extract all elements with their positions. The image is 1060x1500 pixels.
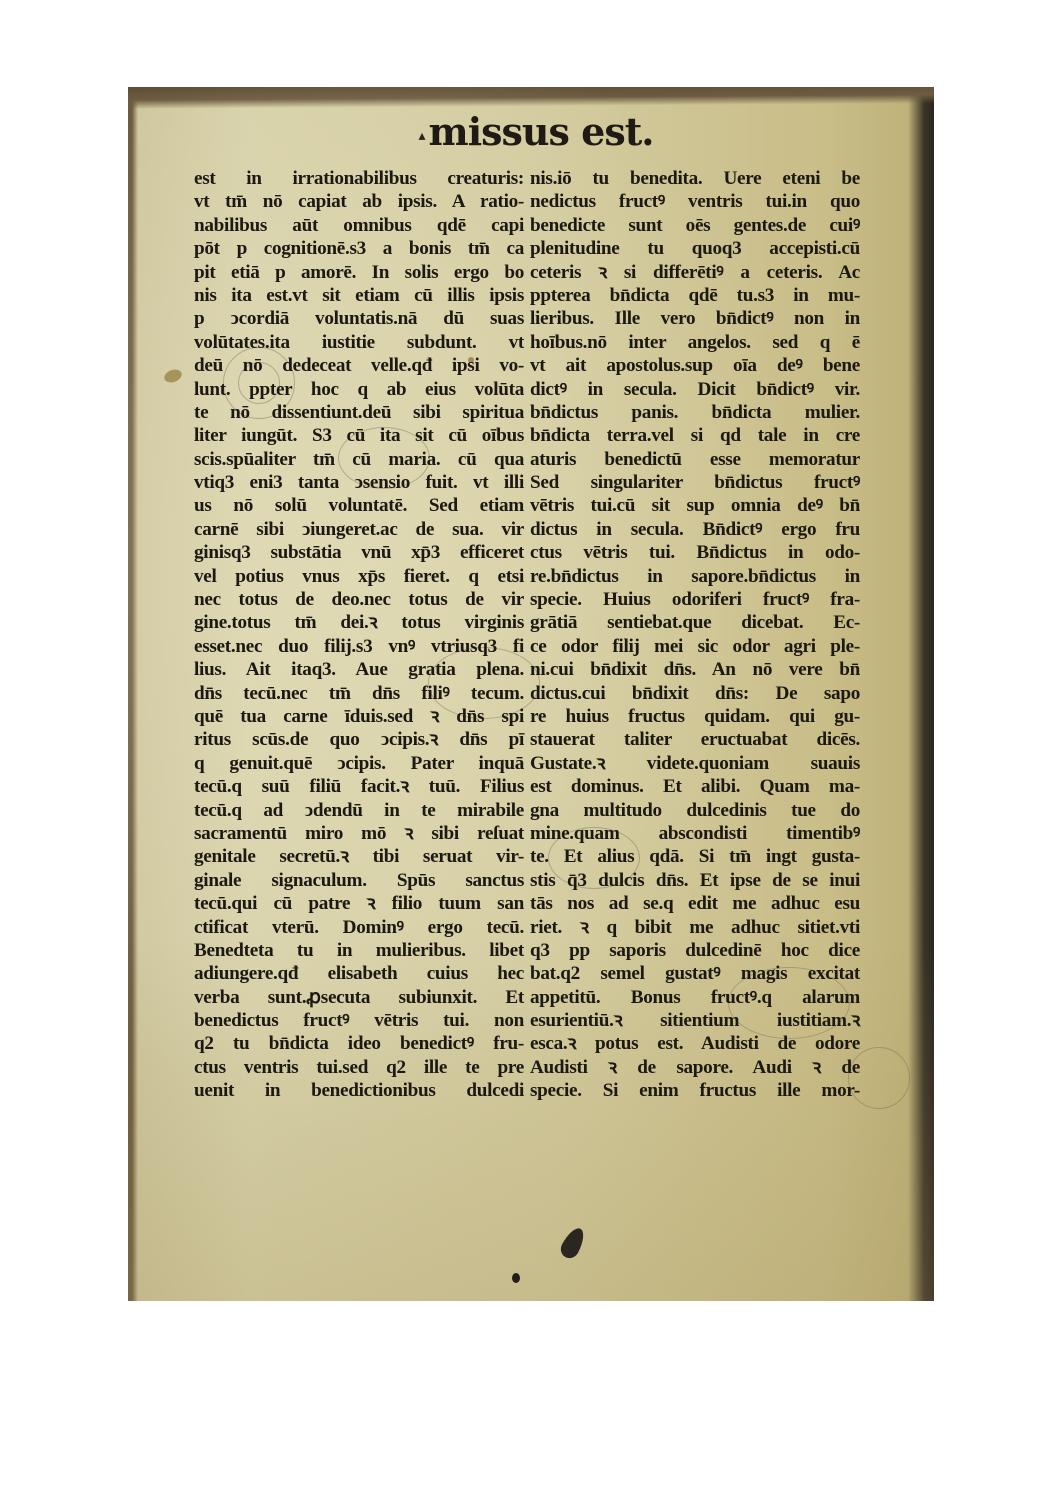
text-line: tecū.q ad ↄdendū in te mirabile xyxy=(194,799,524,822)
text-line: ctus vētris tui. Bn̄dictus in odo- xyxy=(530,541,860,564)
text-line: ni.cui bn̄dixit dn̄s. An nō vere bn̄ xyxy=(530,658,860,681)
text-line: pōt p cognitionē.s3 a bonis tm̄ ca xyxy=(194,237,524,260)
text-line: vtiq3 eni3 tanta ↄsensio fuit. vt illi xyxy=(194,471,524,494)
text-line: Sed singulariter bn̄dictus fructꝰ xyxy=(530,471,860,494)
text-line: dictus in secula. Bn̄dictꝰ ergo fru xyxy=(530,518,860,541)
text-line: bat.q2 semel gustatꝰ magis excitat xyxy=(530,962,860,985)
text-line: riet. ꝛ q bibit me adhuc sitiet.vti xyxy=(530,916,860,939)
text-line: nis.iō tu benedita. Uere eteni be xyxy=(530,167,860,190)
text-line: lius. Ait itaq3. Aue gratia plena. xyxy=(194,658,524,681)
running-head-text: missus est. xyxy=(428,109,653,154)
text-line: pit etiā p amorē. In solis ergo bo xyxy=(194,261,524,284)
text-line: lunt. ppter hoc q ab eius volūta xyxy=(194,378,524,401)
text-line: vel potius vnus xp̄s fieret. q etsi xyxy=(194,565,524,588)
text-line: nis ita est.vt sit etiam cū illis ipsis xyxy=(194,284,524,307)
text-line: uenit in benedictionibus dulcedi xyxy=(194,1079,524,1102)
right-column: nis.iō tu benedita. Uere eteni be nedict… xyxy=(530,167,860,1103)
ink-stain-mark xyxy=(558,1225,589,1262)
text-line: scis.spūaliter tm̄ cū maria. cū qua xyxy=(194,448,524,471)
text-line: verba sunt.ꝓsecuta subiunxit. Et xyxy=(194,986,524,1009)
text-line: esca.ꝛ potus est. Audisti de odore xyxy=(530,1032,860,1055)
text-line: tās nos ad se.q edit me adhuc esu xyxy=(530,892,860,915)
text-line: deū nō dedeceat velle.qđ ipsi vo- xyxy=(194,354,524,377)
text-line: Benedteta tu in mulieribus. libet xyxy=(194,939,524,962)
text-line: Gustate.ꝛ videte.quoniam suauis xyxy=(530,752,860,775)
ink-dot xyxy=(512,1273,520,1283)
text-line: bn̄dicta terra.vel si qd tale in cre xyxy=(530,424,860,447)
text-line: ppterea bn̄dicta qdē tu.s3 in mu- xyxy=(530,284,860,307)
text-line: grātiā sentiebat.que dicebat. Ec- xyxy=(530,611,860,634)
text-line: nec totus de deo.nec totus de vir xyxy=(194,588,524,611)
text-line: sacramentū miro mō ꝛ sibi reſuat xyxy=(194,822,524,845)
scanned-page: ▴missus est. est in irrationabilibus cre… xyxy=(128,87,934,1301)
text-line: Audisti ꝛ de sapore. Audi ꝛ de xyxy=(530,1056,860,1079)
text-line: est dominus. Et alibi. Quam ma- xyxy=(530,775,860,798)
text-line: te nō dissentiunt.deū sibi spiritua xyxy=(194,401,524,424)
text-line: specie. Huius odoriferi fructꝰ fra- xyxy=(530,588,860,611)
text-line: specie. Si enim fructus ille mor- xyxy=(530,1079,860,1102)
text-line: ce odor filij mei sic odor agri ple- xyxy=(530,635,860,658)
text-line: ginale signaculum. Spūs sanctus xyxy=(194,869,524,892)
text-line: nabilibus aūt omnibus qdē capi xyxy=(194,214,524,237)
running-head: ▴missus est. xyxy=(128,109,934,154)
text-line: q3 pp saporis dulcedinē hoc dice xyxy=(530,939,860,962)
text-line: benedictus fructꝰ vētris tui. non xyxy=(194,1009,524,1032)
text-line: carnē sibi ↄiungeret.ac de sua. vir xyxy=(194,518,524,541)
text-line: vētris tui.cū sit sup omnia deꝰ bn̄ xyxy=(530,494,860,517)
text-line: dictus.cui bn̄dixit dn̄s: De sapo xyxy=(530,682,860,705)
text-line: stis q̄3 dulcis dn̄s. Et ipse de se inui xyxy=(530,869,860,892)
text-line: tecū.qui cū patre ꝛ filio tuum san xyxy=(194,892,524,915)
text-line: est in irrationabilibus creaturis: xyxy=(194,167,524,190)
head-mark-icon: ▴ xyxy=(418,128,424,144)
text-line: mine.quam abscondisti timentibꝰ xyxy=(530,822,860,845)
text-line: dictꝰ in secula. Dicit bn̄dictꝰ vir. xyxy=(530,378,860,401)
text-line: p ↄcordiā voluntatis.nā dū suas xyxy=(194,307,524,330)
text-line: adiungere.qđ elisabeth cuius hec xyxy=(194,962,524,985)
text-line: dn̄s tecū.nec tm̄ dn̄s filiꝰ tecum. xyxy=(194,682,524,705)
text-line: q genuit.quē ↄcipis. Pater inquā xyxy=(194,752,524,775)
text-line: ritus scūs.de quo ↄcipis.ꝛ dn̄s pī xyxy=(194,728,524,751)
text-line: re.bn̄dictus in sapore.bn̄dictus in xyxy=(530,565,860,588)
text-line: benedicte sunt oēs gentes.de cuiꝰ xyxy=(530,214,860,237)
text-line: bn̄dictus panis. bn̄dicta mulier. xyxy=(530,401,860,424)
text-line: appetitū. Bonus fructꝰ.q alarum xyxy=(530,986,860,1009)
text-line: gna multitudo dulcedinis tue do xyxy=(530,799,860,822)
text-line: q2 tu bn̄dicta ideo benedictꝰ fru- xyxy=(194,1032,524,1055)
text-line: lieribus. Ille vero bn̄dictꝰ non in xyxy=(530,307,860,330)
text-line: vt ait apostolus.sup oīa deꝰ bene xyxy=(530,354,860,377)
text-line: esurientiū.ꝛ sitientium iustitiam.ꝛ xyxy=(530,1009,860,1032)
text-line: quē tua carne īduis.sed ꝛ dn̄s spi xyxy=(194,705,524,728)
text-line: plenitudine tu quoq3 accepisti.cū xyxy=(530,237,860,260)
text-line: tecū.q suū filiū facit.ꝛ tuū. Filius xyxy=(194,775,524,798)
text-line: nedictus fructꝰ ventris tui.in quo xyxy=(530,190,860,213)
text-line: ctus ventris tui.sed q2 ille te pre xyxy=(194,1056,524,1079)
text-line: hoībus.nō inter angelos. sed q ē xyxy=(530,331,860,354)
left-column: est in irrationabilibus creaturis: vt tm… xyxy=(194,167,524,1103)
text-line: esset.nec duo filij.s3 vnꝰ vtriusq3 fi xyxy=(194,635,524,658)
ink-blot xyxy=(162,367,183,384)
text-line: ctificat vterū. Dominꝰ ergo tecū. xyxy=(194,916,524,939)
text-line: gine.totus tm̄ dei.ꝛ totus virginis xyxy=(194,611,524,634)
text-line: genitale secretū.ꝛ tibi seruat vir- xyxy=(194,845,524,868)
text-line: us nō solū voluntatē. Sed etiam xyxy=(194,494,524,517)
text-line: stauerat taliter eructuabat dicēs. xyxy=(530,728,860,751)
text-line: aturis benedictū esse memoratur xyxy=(530,448,860,471)
text-line: ceteris ꝛ si differētiꝰ a ceteris. Ac xyxy=(530,261,860,284)
text-line: ginisq3 substātia vnū xp̄3 efficeret xyxy=(194,541,524,564)
text-line: te. Et alius qdā. Si tm̄ ingt gusta- xyxy=(530,845,860,868)
text-line: re huius fructus quidam. qui gu- xyxy=(530,705,860,728)
text-line: vt tm̄ nō capiat ab ipsis. A ratio- xyxy=(194,190,524,213)
text-line: volūtates.ita iustitie subdunt. vt xyxy=(194,331,524,354)
text-line: liter iungūt. S3 cū ita sit cū oībus xyxy=(194,424,524,447)
